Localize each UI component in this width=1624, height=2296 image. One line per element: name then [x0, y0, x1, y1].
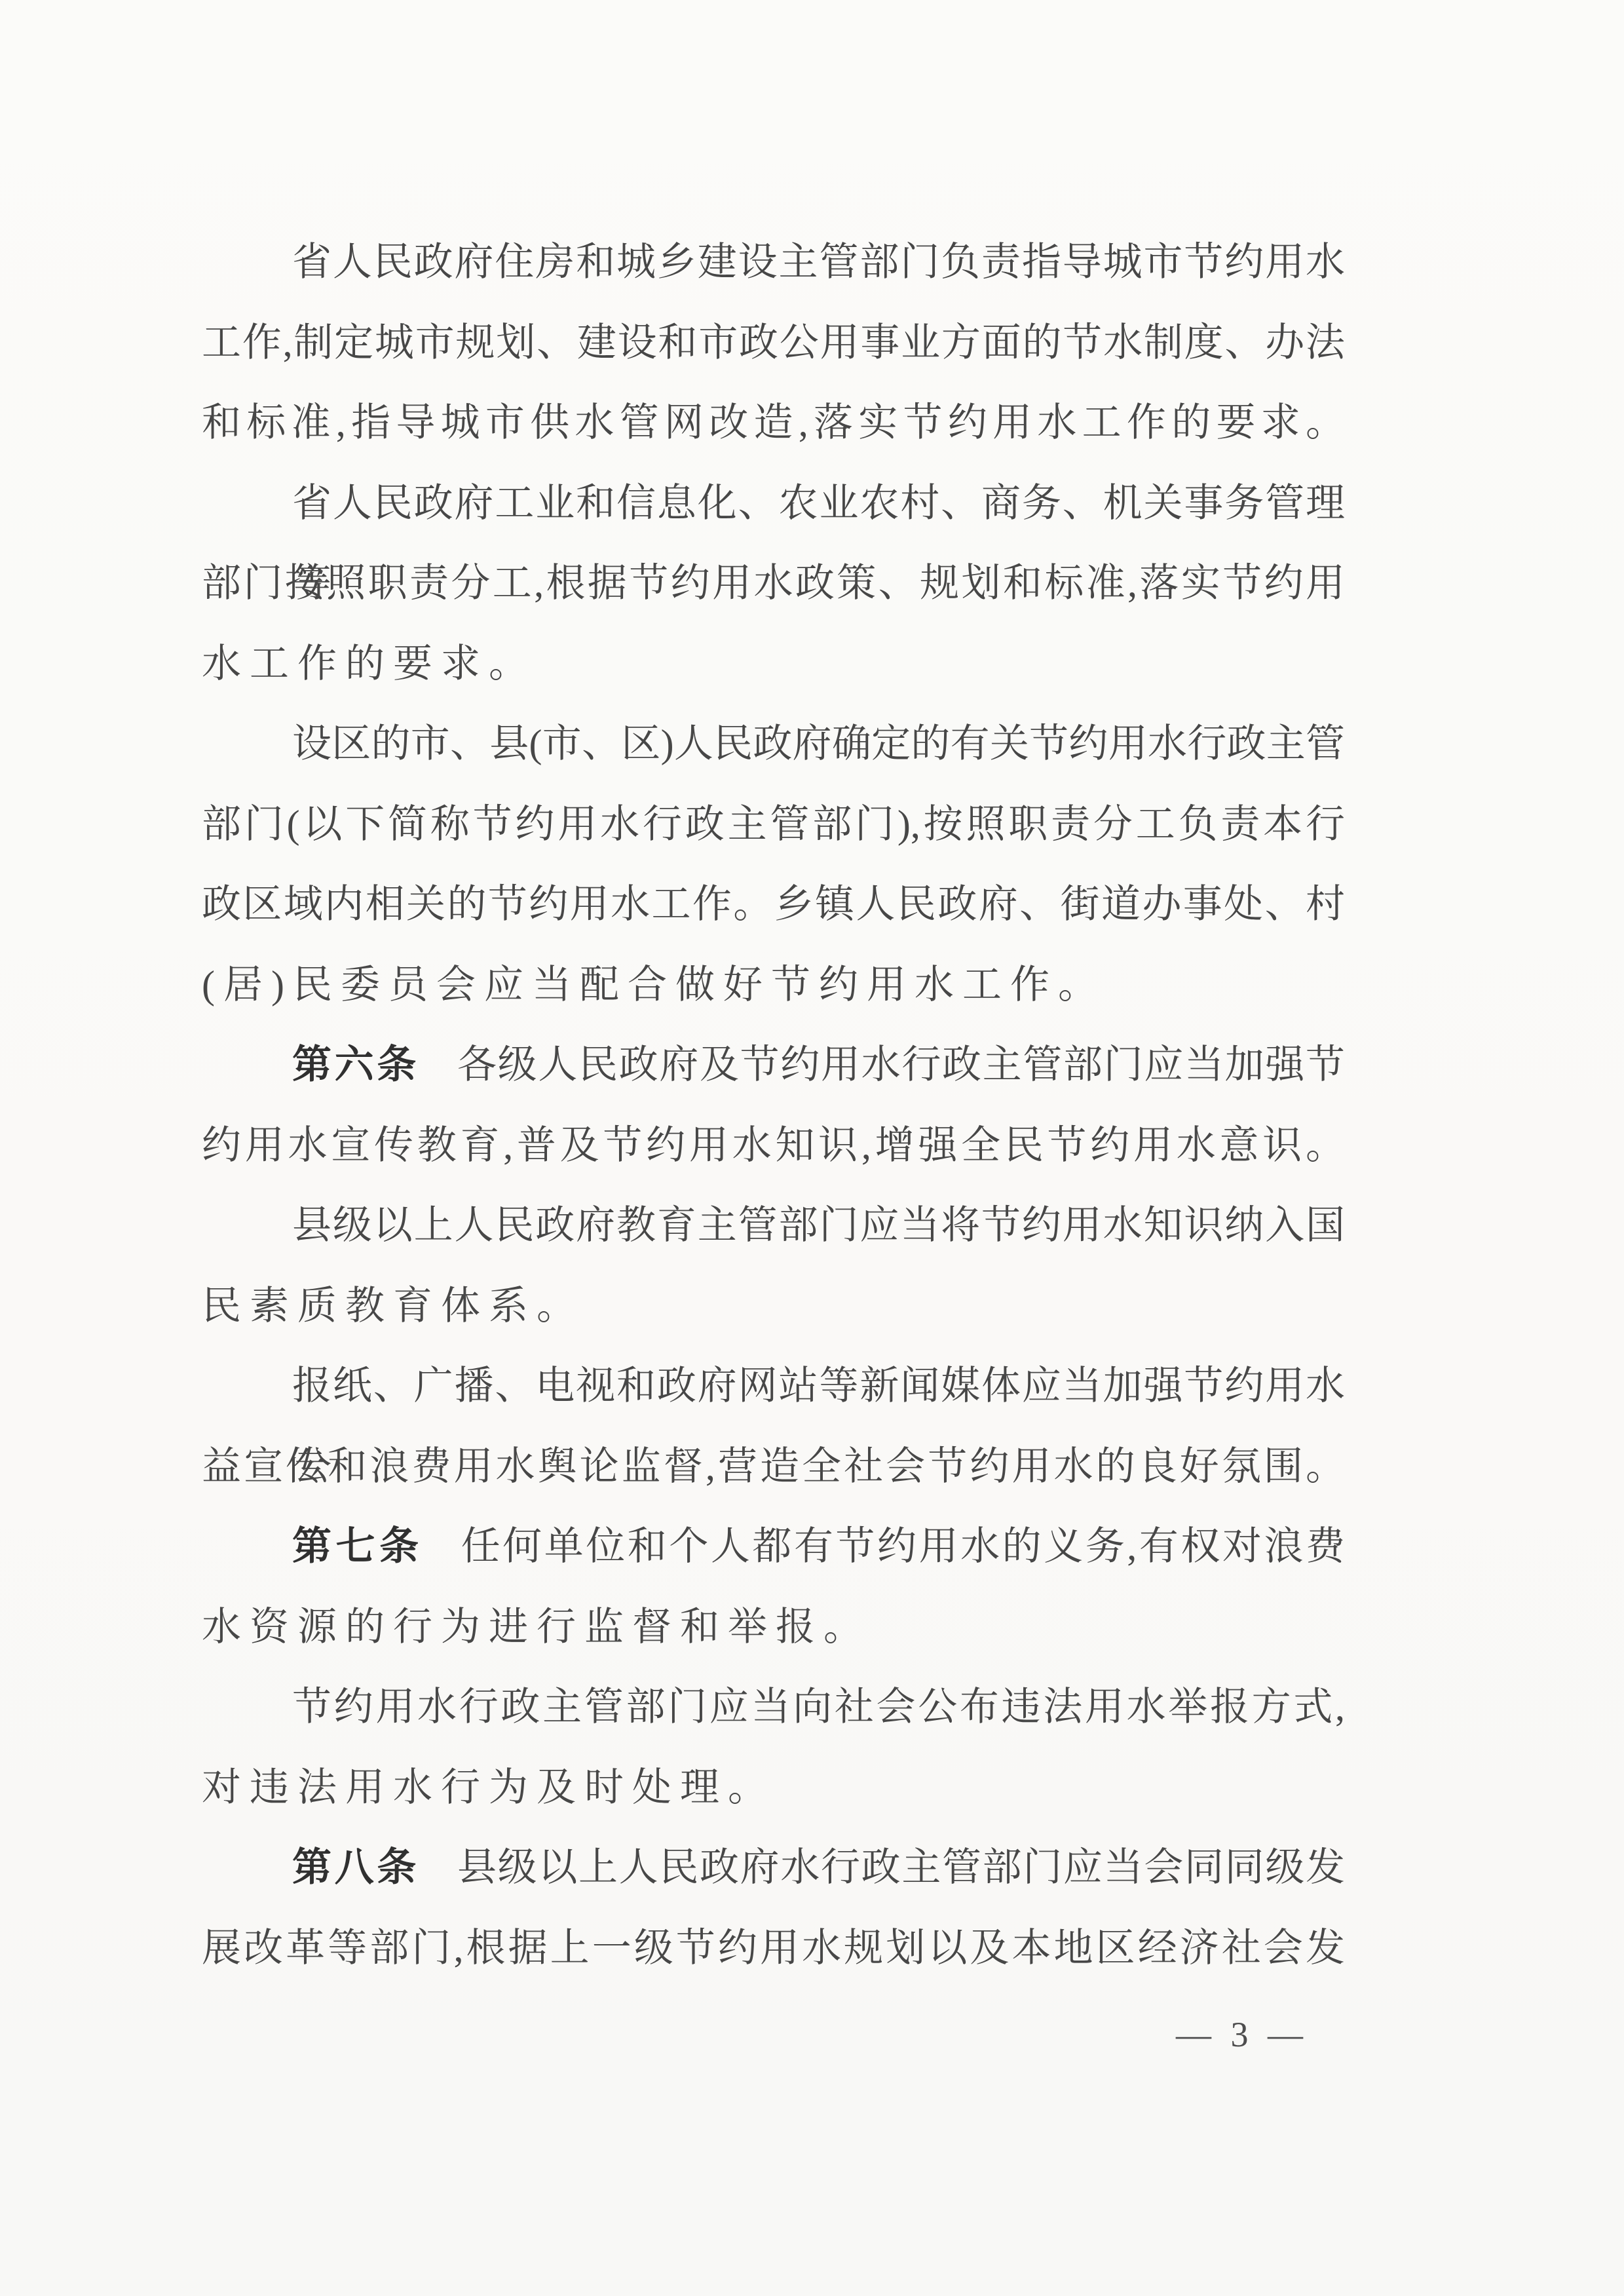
text-line: 第七条任何单位和个人都有节约用水的义务,有权对浪费 — [202, 1506, 1345, 1587]
text-line: 水工作的要求。 — [202, 624, 1345, 704]
document-page: 省人民政府住房和城乡建设主管部门负责指导城市节约用水工作,制定城市规划、建设和市… — [0, 0, 1624, 2296]
paragraph: 第八条县级以上人民政府水行政主管部门应当会同同级发展改革等部门,根据上一级节约用… — [202, 1827, 1345, 1988]
text-line: 约用水宣传教育,普及节约用水知识,增强全民节约用水意识。 — [202, 1105, 1345, 1186]
text-line: 部门按照职责分工,根据节约用水政策、规划和标准,落实节约用 — [202, 543, 1345, 624]
paragraph: 第七条任何单位和个人都有节约用水的义务,有权对浪费水资源的行为进行监督和举报。 — [202, 1506, 1345, 1667]
text-line: 政区域内相关的节约用水工作。乡镇人民政府、街道办事处、村 — [202, 864, 1345, 945]
text-line: (居)民委员会应当配合做好节约用水工作。 — [202, 945, 1345, 1025]
article-number: 第八条 — [292, 1845, 419, 1889]
text-line: 第八条县级以上人民政府水行政主管部门应当会同同级发 — [202, 1827, 1345, 1908]
page-number: — 3 — — [1176, 2013, 1308, 2056]
text-line: 节约用水行政主管部门应当向社会公布违法用水举报方式, — [202, 1667, 1345, 1748]
paragraph: 节约用水行政主管部门应当向社会公布违法用水举报方式,对违法用水行为及时处理。 — [202, 1667, 1345, 1827]
paragraph: 第六条各级人民政府及节约用水行政主管部门应当加强节约用水宣传教育,普及节约用水知… — [202, 1025, 1345, 1185]
text-line: 部门(以下简称节约用水行政主管部门),按照职责分工负责本行 — [202, 784, 1345, 865]
text-line: 省人民政府住房和城乡建设主管部门负责指导城市节约用水 — [202, 222, 1345, 303]
text-line: 对违法用水行为及时处理。 — [202, 1748, 1345, 1828]
text-line: 益宣传和浪费用水舆论监督,营造全社会节约用水的良好氛围。 — [202, 1426, 1345, 1507]
paragraph: 县级以上人民政府教育主管部门应当将节约用水知识纳入国民素质教育体系。 — [202, 1185, 1345, 1346]
text-line: 水资源的行为进行监督和举报。 — [202, 1587, 1345, 1668]
text-line: 展改革等部门,根据上一级节约用水规划以及本地区经济社会发 — [202, 1908, 1345, 1989]
text-line: 民素质教育体系。 — [202, 1266, 1345, 1347]
text-line: 省人民政府工业和信息化、农业农村、商务、机关事务管理等 — [202, 463, 1345, 544]
article-number: 第七条 — [292, 1524, 423, 1568]
text-line: 和标准,指导城市供水管网改造,落实节约用水工作的要求。 — [202, 383, 1345, 463]
paragraph: 省人民政府工业和信息化、农业农村、商务、机关事务管理等部门按照职责分工,根据节约… — [202, 463, 1345, 704]
text-line: 第六条各级人民政府及节约用水行政主管部门应当加强节 — [202, 1025, 1345, 1105]
text-line: 设区的市、县(市、区)人民政府确定的有关节约用水行政主管 — [202, 704, 1345, 784]
paragraph: 报纸、广播、电视和政府网站等新闻媒体应当加强节约用水公益宣传和浪费用水舆论监督,… — [202, 1346, 1345, 1506]
text-line: 工作,制定城市规划、建设和市政公用事业方面的节水制度、办法 — [202, 303, 1345, 383]
paragraph: 省人民政府住房和城乡建设主管部门负责指导城市节约用水工作,制定城市规划、建设和市… — [202, 222, 1345, 463]
text-line: 县级以上人民政府教育主管部门应当将节约用水知识纳入国 — [202, 1185, 1345, 1266]
document-body: 省人民政府住房和城乡建设主管部门负责指导城市节约用水工作,制定城市规划、建设和市… — [202, 222, 1345, 1988]
article-number: 第六条 — [292, 1043, 419, 1086]
paragraph: 设区的市、县(市、区)人民政府确定的有关节约用水行政主管部门(以下简称节约用水行… — [202, 704, 1345, 1025]
text-line: 报纸、广播、电视和政府网站等新闻媒体应当加强节约用水公 — [202, 1346, 1345, 1426]
